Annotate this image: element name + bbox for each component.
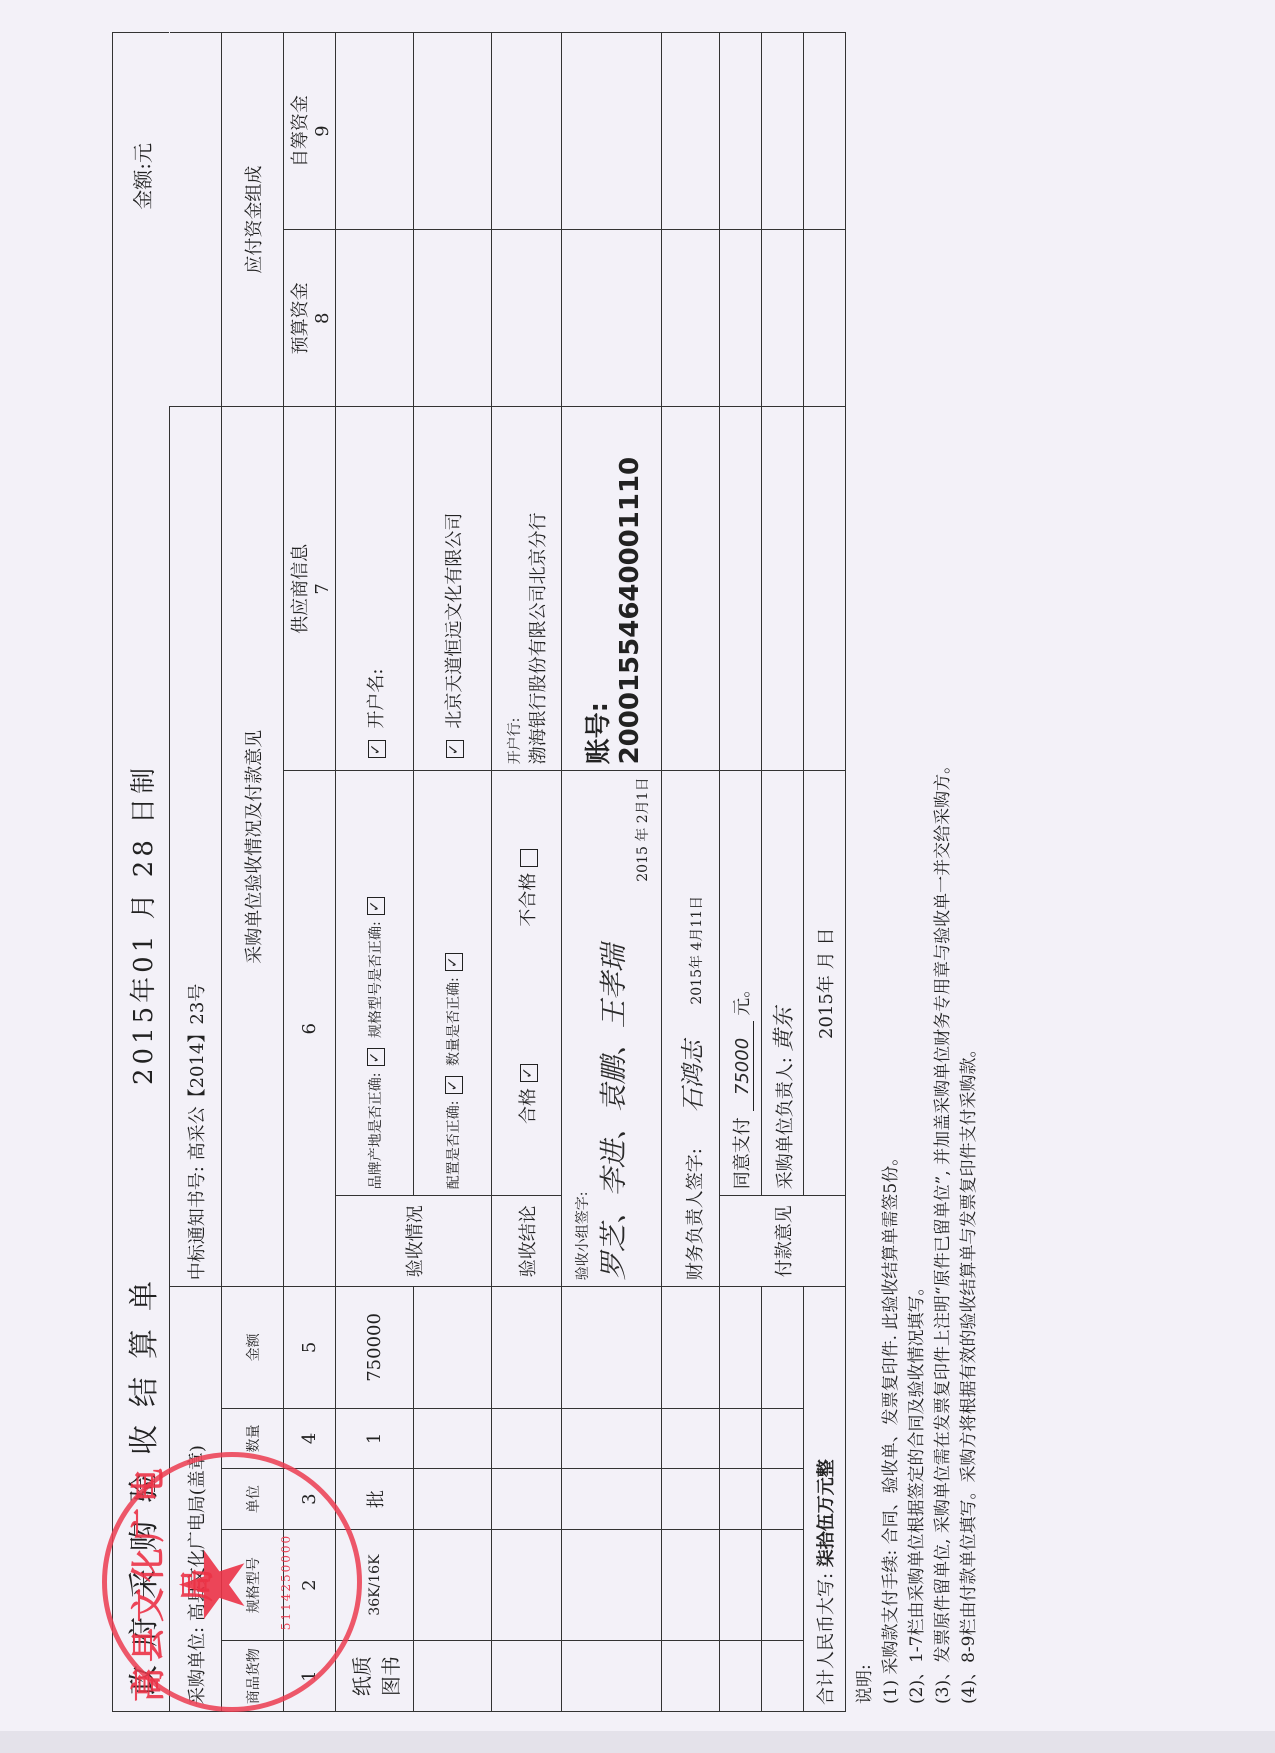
empty-cell [562,1408,662,1469]
notes: 说明: (1) 采购款支付手续: 合同、验收单、发票复印件. 此验收结算单需签5… [846,32,988,1712]
agree-suffix: 元。 [732,980,753,1016]
supplier-header: 供应商信息 [286,413,312,764]
agree-label: 同意支付 [732,1117,753,1189]
head-signature: 黄东 [772,1007,797,1051]
empty-cell [720,1469,762,1530]
checkbox-brand[interactable]: ✓ [367,1048,385,1066]
amount-unit: 金额:元 [127,33,156,210]
table-row: 财务负责人签字: 石鸿志 2015年 4月11日 [662,33,720,1712]
fund-budget-header: 预算资金 [286,236,312,400]
empty-cell [762,1469,804,1530]
checkbox-spec[interactable]: ✓ [367,897,385,915]
group-sign-cell: 验收小组签字: 罗芝、李进、袁鹏、王孝瑞 2015 年 2月1日 [562,771,662,1287]
purchaser-cell: 采购单位: 高县文化广电局(盖章) [170,1287,222,1712]
blank-cell [170,33,222,407]
empty-cell [492,1287,562,1408]
notes-label: 说明: [855,1664,875,1704]
account-value: 20001554640001110 [615,457,645,765]
empty-cell [414,230,492,407]
empty-cell [492,230,562,407]
fund-budget-value [336,230,414,407]
note-line: (3)、发票原件留单位, 采购单位需在发票复印件上注明“原件已留单位”, 并加盖… [930,40,956,1704]
empty-cell [662,1641,720,1712]
col-number: 6 [284,771,336,1287]
made-date: 2015年01 月 28 日制 [123,764,160,1085]
col-spec: 规格型号 [222,1529,284,1640]
empty-cell [414,1469,492,1530]
empty-cell [804,407,846,771]
finance-sign-date: 2015年 4月11日 [689,896,705,1005]
q-brand: 品牌产地是否正确: [368,1072,384,1189]
empty-cell [720,1408,762,1469]
empty-cell [720,33,762,230]
payment-label: 付款意见 [720,1196,846,1287]
conclusion-options: 合格✓ 不合格 [492,771,562,1196]
purchaser-value: 高县文化广电局(盖章) [187,1445,208,1621]
col-number: 3 [284,1469,336,1530]
empty-cell [804,230,846,407]
title-row: 政府采购验收结算单 2015年01 月 28 日制 金额:元 [112,32,169,1712]
empty-cell [662,1287,720,1408]
empty-cell [414,1287,492,1408]
account-label: 账号: [584,702,614,764]
notice-label: 中标通知书号: [187,1166,208,1280]
empty-cell [414,1408,492,1469]
supplier-name: 北京天道恒远文化有限公司 [444,513,465,729]
item-unit: 批 [336,1469,414,1530]
table-row: 采购单位负责人: 黄东 [762,33,804,1712]
empty-cell [662,1408,720,1469]
total-value: 柒拾伍万元整 [816,1459,837,1567]
note-line: (2)、1-7栏由采购单位根据签定的合同及验收情况填写。 [904,40,930,1704]
item-amount: 750000 [336,1287,414,1408]
empty-cell [562,1469,662,1530]
empty-cell [414,33,492,230]
empty-cell [562,1529,662,1640]
empty-cell [662,1469,720,1530]
checkbox-supplier[interactable]: ✓ [446,740,464,758]
account-name-label: 开户名: [366,669,387,729]
q-quantity: 数量是否正确: [446,977,462,1066]
finance-sign-label: 财务负责人签字: [685,1148,706,1280]
pass-label: 合格 [518,1088,539,1124]
account-cell: 账号: 20001554640001110 [562,407,662,771]
payment-date: 2015年 月 日 [804,771,846,1196]
table-row: 付款意见 同意支付 75000 元。 [720,33,762,1712]
empty-cell [662,1529,720,1640]
empty-cell [720,1287,762,1408]
empty-cell [662,33,720,230]
conclusion-label: 验收结论 [492,1196,562,1287]
table-row: 验收结论 合格✓ 不合格 开户行: 渤海银行股份有限公司北京分行 [492,33,562,1712]
item-spec: 36K/16K [336,1529,414,1640]
empty-cell [414,1641,492,1712]
table-row: 合计人民币大写: 柒拾伍万元整 2015年 月 日 [804,33,846,1712]
agree-amount: 75000 [732,1021,754,1111]
q-spec: 规格型号是否正确: [368,921,384,1038]
empty-cell [492,1469,562,1530]
inspection-row-2: 配置是否正确:✓ 数量是否正确:✓ [414,771,492,1196]
q-config: 配置是否正确: [446,1100,462,1189]
bank-label: 开户行: [504,413,524,764]
empty-cell [720,230,762,407]
empty-cell [720,1529,762,1640]
settlement-form: 政府采购验收结算单 2015年01 月 28 日制 金额:元 采购单位: 高县文… [112,32,892,1712]
empty-cell [492,33,562,230]
col-qty: 数量 [222,1408,284,1469]
note-line: (1) 采购款支付手续: 合同、验收单、发票复印件. 此验收结算单需签5份。 [878,40,904,1704]
empty-cell [562,1287,662,1408]
col-number: 7 [312,413,333,764]
form-title: 政府采购验收结算单 [119,1085,163,1711]
empty-cell [414,1529,492,1640]
fund-self-value [336,33,414,230]
empty-cell [492,1529,562,1640]
empty-cell [762,1529,804,1640]
notice-cell: 中标通知书号: 高采公【2014】23号 [170,407,222,1287]
col-number: 1 [284,1641,336,1712]
table-row: 配置是否正确:✓ 数量是否正确:✓ ✓ 北京天道恒远文化有限公司 [414,33,492,1712]
main-table: 采购单位: 高县文化广电局(盖章) 中标通知书号: 高采公【2014】23号 商… [169,32,846,1712]
total-label: 合计人民币大写: [816,1573,837,1705]
total-cell: 合计人民币大写: 柒拾伍万元整 [804,1287,846,1712]
item-qty: 1 [336,1408,414,1469]
bank-cell: 开户行: 渤海银行股份有限公司北京分行 [492,407,562,771]
supplier-name-label-cell: ✓ 开户名: [336,407,414,771]
inspection-row-1: 品牌产地是否正确:✓ 规格型号是否正确:✓ [336,771,414,1196]
empty-cell [492,1641,562,1712]
empty-cell [562,1641,662,1712]
empty-cell [804,33,846,230]
col-unit: 单位 [222,1469,284,1530]
head-label: 采购单位负责人: [775,1057,796,1189]
checkbox-config[interactable]: ✓ [445,1076,463,1094]
checkbox-fail[interactable] [520,849,538,867]
acceptance-section-header: 采购单位验收情况及付款意见 [222,407,284,1287]
group-sign-label: 验收小组签字: [572,777,592,1280]
purchaser-label: 采购单位: [187,1627,208,1705]
empty-cell [762,33,804,230]
col-number: 2 [284,1529,336,1640]
scan-bottom-edge [0,1731,1275,1753]
supplier-header-cell: 供应商信息 7 [284,407,336,771]
checkbox-quantity[interactable]: ✓ [445,953,463,971]
head-sign-cell: 采购单位负责人: 黄东 [762,771,804,1196]
empty-cell [662,230,720,407]
notice-value: 高采公【2014】23号 [187,984,208,1161]
col-number: 8 [312,236,333,400]
group-sign-date: 2015 年 2月1日 [632,777,652,1280]
col-number: 4 [284,1408,336,1469]
bank-value: 渤海银行股份有限公司北京分行 [524,413,550,764]
item-goods: 纸质图书 [336,1641,414,1712]
fail-label: 不合格 [518,873,539,927]
empty-cell [762,407,804,771]
empty-cell [762,1641,804,1712]
empty-cell [720,407,762,771]
finance-sign-cell: 财务负责人签字: 石鸿志 2015年 4月11日 [662,771,720,1287]
fund-self-header: 自筹资金 [286,39,312,223]
empty-cell [562,33,662,230]
agree-cell: 同意支付 75000 元。 [720,771,762,1196]
funds-header: 应付资金组成 [222,33,284,407]
empty-cell [762,1408,804,1469]
empty-cell [762,1287,804,1408]
empty-cell [720,1641,762,1712]
finance-signature: 石鸿志 [679,1040,707,1112]
empty-cell [762,230,804,407]
inspection-label: 验收情况 [336,1196,492,1287]
table-row: 验收小组签字: 罗芝、李进、袁鹏、王孝瑞 2015 年 2月1日 账号: 200… [562,33,662,1712]
table-row: 纸质图书 36K/16K 批 1 750000 验收情况 品牌产地是否正确:✓ … [336,33,414,1712]
fund-budget-cell: 预算资金 8 [284,230,336,407]
col-goods: 商品货物 [222,1641,284,1712]
col-number: 9 [312,39,333,223]
empty-cell [492,1408,562,1469]
empty-cell [662,407,720,771]
group-signatures: 罗芝、李进、袁鹏、王孝瑞 [592,777,632,1280]
checkbox-account-name[interactable]: ✓ [368,740,386,758]
fund-self-cell: 自筹资金 9 [284,33,336,230]
note-line: (4)、8-9栏由付款单位填写。采购方将根据有效的验收结算单与发票复印件支付采购… [956,40,982,1704]
col-amount: 金额 [222,1287,284,1408]
empty-cell [562,230,662,407]
supplier-name-value: ✓ 北京天道恒远文化有限公司 [414,407,492,771]
checkbox-pass[interactable]: ✓ [520,1064,538,1082]
col-number: 5 [284,1287,336,1408]
